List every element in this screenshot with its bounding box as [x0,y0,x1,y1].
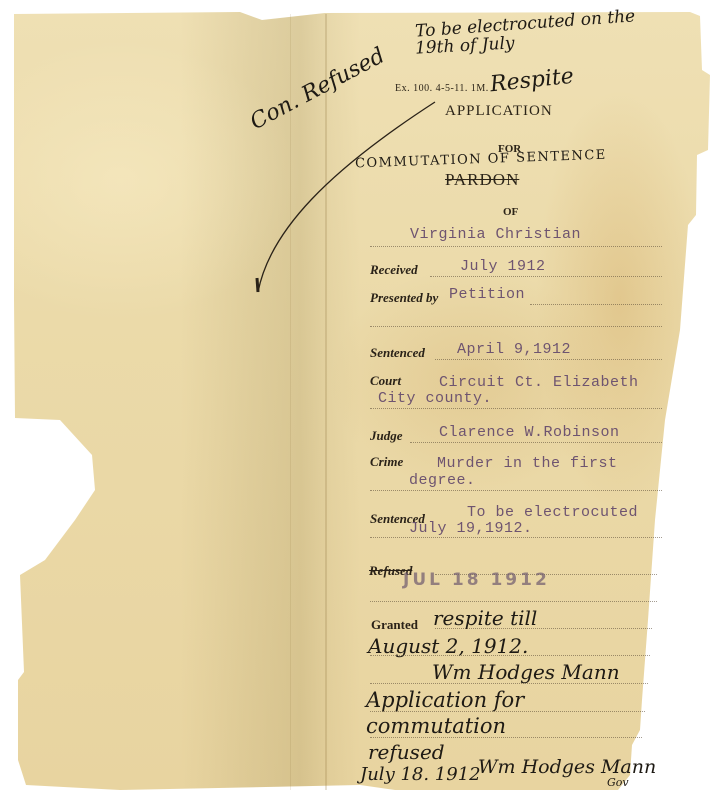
dotted-rule [370,326,662,327]
dotted-rule [410,442,662,443]
field-label-judge: Judge [370,428,403,444]
dotted-rule [370,537,662,538]
field-value-presented-by: Petition [449,286,525,303]
dotted-rule [530,304,662,305]
field-label-crime: Crime [370,454,403,470]
dotted-rule [435,359,662,360]
of-label: OF [503,206,518,218]
field-value-judge: Clarence W.Robinson [439,424,620,441]
field-value-execution-line2: July 19,1912. [409,520,533,537]
handwritten-final-date: July 18. 1912 [360,764,481,785]
pardon-label-struck: PARDON [445,170,519,190]
field-value-court-line1: Circuit Ct. Elizabeth [439,374,639,391]
handwritten-application-note-line1: Application for [366,688,524,712]
document-title: APPLICATION [445,103,553,120]
field-label-granted: Granted [371,617,418,633]
handwritten-application-note-line3: refused [368,740,445,764]
applicant-name: Virginia Christian [410,226,581,243]
handwritten-application-note-line2: commutation [366,714,506,738]
field-value-execution-line1: To be electrocuted [467,504,638,521]
field-value-court-line2: City county. [378,390,492,407]
field-value-sentenced: April 9,1912 [457,341,571,358]
handwritten-granted-value: respite till [433,606,537,630]
date-stamp: JUL 18 1912 [403,570,550,590]
dotted-rule [370,490,662,491]
dotted-rule [430,276,662,277]
dotted-rule [370,408,662,409]
field-label-presented-by: Presented by [370,290,438,306]
dotted-rule [370,737,642,738]
field-label-received: Received [370,262,418,278]
handwritten-signature-2: Wm Hodges Mann [478,756,656,778]
field-label-court: Court [370,373,401,389]
dotted-rule [370,601,657,602]
field-label-sentenced: Sentenced [370,345,425,361]
dotted-rule [435,628,652,629]
dotted-rule [370,655,650,656]
field-value-received: July 1912 [460,258,546,275]
handwritten-signature-1: Wm Hodges Mann [432,660,620,684]
field-value-crime-line1: Murder in the first [437,455,618,472]
dotted-rule [370,711,645,712]
dotted-rule [370,683,648,684]
handwritten-signature-2-title: Gov [607,776,629,789]
field-value-crime-line2: degree. [409,472,476,489]
dotted-rule [370,246,662,247]
